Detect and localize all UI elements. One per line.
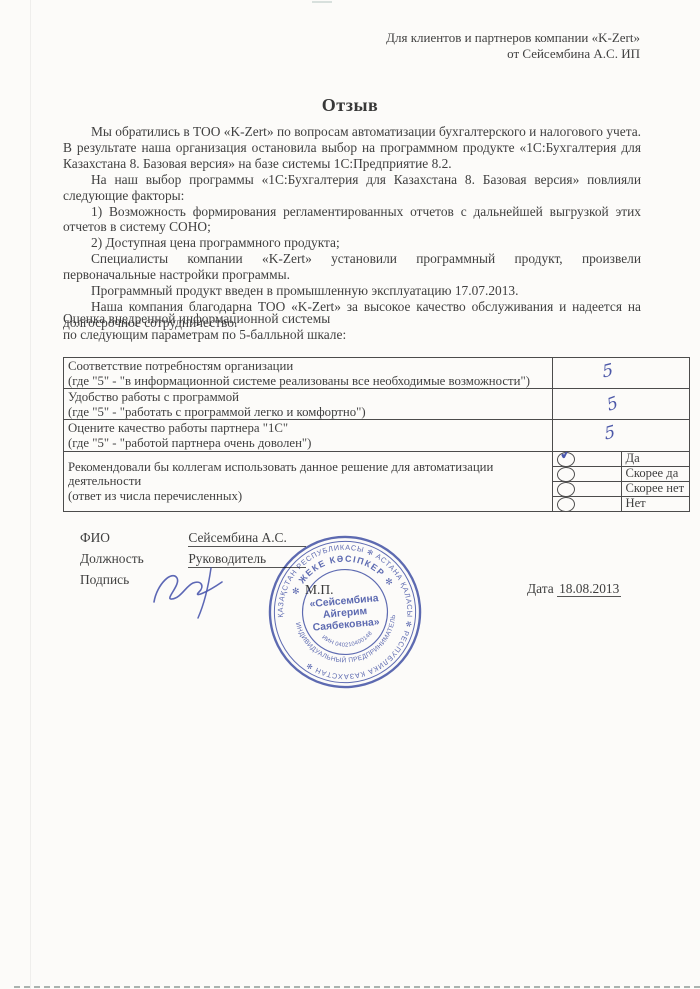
score-cell: 5 (553, 358, 690, 389)
handwritten-score: 5 (604, 393, 620, 416)
table-row: Удобство работы с программой (где "5" - … (64, 389, 690, 420)
option-checkbox-cell: ✓ (553, 451, 622, 466)
paragraph: Программный продукт введен в промышленну… (63, 283, 641, 299)
option-label: Скорее нет (621, 481, 690, 496)
table-row-recommend: Рекомендовали бы коллегам использовать д… (64, 451, 690, 466)
option-checkbox-cell: ✓ (553, 466, 622, 481)
option-checkbox-cell: ✓ (553, 481, 622, 496)
option-label: Скорее да (621, 466, 690, 481)
checkbox-circle: ✓ (557, 467, 574, 481)
score-cell: 5 (553, 389, 690, 420)
scan-artifact-vertical-line (30, 0, 31, 989)
criterion-cell: Удобство работы с программой (где "5" - … (64, 389, 553, 420)
criterion-note: (ответ из числа перечисленных) (68, 489, 548, 504)
scanned-document-page: Для клиентов и партнеров компании «K-Zer… (0, 0, 700, 989)
fio-label: ФИО (80, 530, 185, 546)
checkbox-circle: ✓ (557, 497, 574, 511)
date-label: Дата (527, 581, 554, 596)
circle-icon (556, 496, 575, 511)
handwritten-score: 5 (603, 422, 616, 445)
scan-artifact-top-mark (312, 1, 332, 3)
checkmark-icon: ✓ (558, 451, 574, 462)
date-value: 18.08.2013 (557, 581, 621, 597)
circle-icon (556, 481, 575, 496)
rating-intro-line1: Оценка внедренной информационной системы (63, 311, 346, 327)
document-header: Для клиентов и партнеров компании «K-Zer… (386, 30, 640, 62)
table-row: Соответствие потребностям организации (г… (64, 358, 690, 389)
date-line: Дата 18.08.2013 (527, 581, 621, 597)
paragraph: 2) Доступная цена программного продукта; (63, 235, 641, 251)
stamp-iin-text: ИИН 040210400148 (320, 630, 375, 651)
criterion-note: (где "5" - "работать с программой легко … (68, 405, 548, 420)
criterion-note: (где "5" - "работой партнера очень довол… (68, 436, 548, 451)
criterion-text: Оцените качество работы партнера "1С" (68, 420, 548, 436)
paragraph: Мы обратились в ТОО «K-Zert» по вопросам… (63, 124, 641, 172)
handwritten-score: 5 (601, 360, 614, 383)
scan-artifact-bottom-line (14, 986, 700, 988)
page-title: Отзыв (0, 95, 700, 116)
criterion-text: Соответствие потребностям организации (68, 358, 548, 374)
circle-icon (556, 466, 575, 481)
paragraph: Специалисты компании «K-Zert» установили… (63, 251, 641, 283)
rating-intro-line2: по следующим параметрам по 5-балльной шк… (63, 327, 346, 343)
option-label: Нет (621, 496, 690, 511)
company-stamp: ҚАЗАҚСТАН РЕСПУБЛИКАСЫ ✻ АСТАНА ҚАЛАСЫ ✻… (259, 526, 430, 697)
document-body: Мы обратились в ТОО «K-Zert» по вопросам… (63, 124, 641, 331)
option-checkbox-cell: ✓ (553, 496, 622, 511)
criterion-cell: Рекомендовали бы коллегам использовать д… (64, 451, 553, 511)
criterion-text: Удобство работы с программой (68, 389, 548, 405)
criterion-note: (где "5" - "в информационной системе реа… (68, 374, 548, 389)
criterion-cell: Оцените качество работы партнера "1С" (г… (64, 420, 553, 451)
paragraph: 1) Возможность формирования регламентиро… (63, 204, 641, 236)
rating-intro: Оценка внедренной информационной системы… (63, 311, 346, 343)
score-cell: 5 (553, 420, 690, 451)
paragraph: На наш выбор программы «1С:Бухгалтерия д… (63, 172, 641, 204)
rating-table: Соответствие потребностям организации (г… (63, 357, 690, 512)
checkbox-circle: ✓ (557, 452, 574, 466)
option-label: Да (621, 451, 690, 466)
table-row: Оцените качество работы партнера "1С" (г… (64, 420, 690, 451)
criterion-text: Рекомендовали бы коллегам использовать д… (68, 459, 548, 489)
handwritten-signature (148, 562, 240, 620)
header-recipient: Для клиентов и партнеров компании «K-Zer… (386, 30, 640, 46)
header-sender: от Сейсембина А.С. ИП (386, 46, 640, 62)
criterion-cell: Соответствие потребностям организации (г… (64, 358, 553, 389)
checkbox-circle: ✓ (557, 482, 574, 496)
